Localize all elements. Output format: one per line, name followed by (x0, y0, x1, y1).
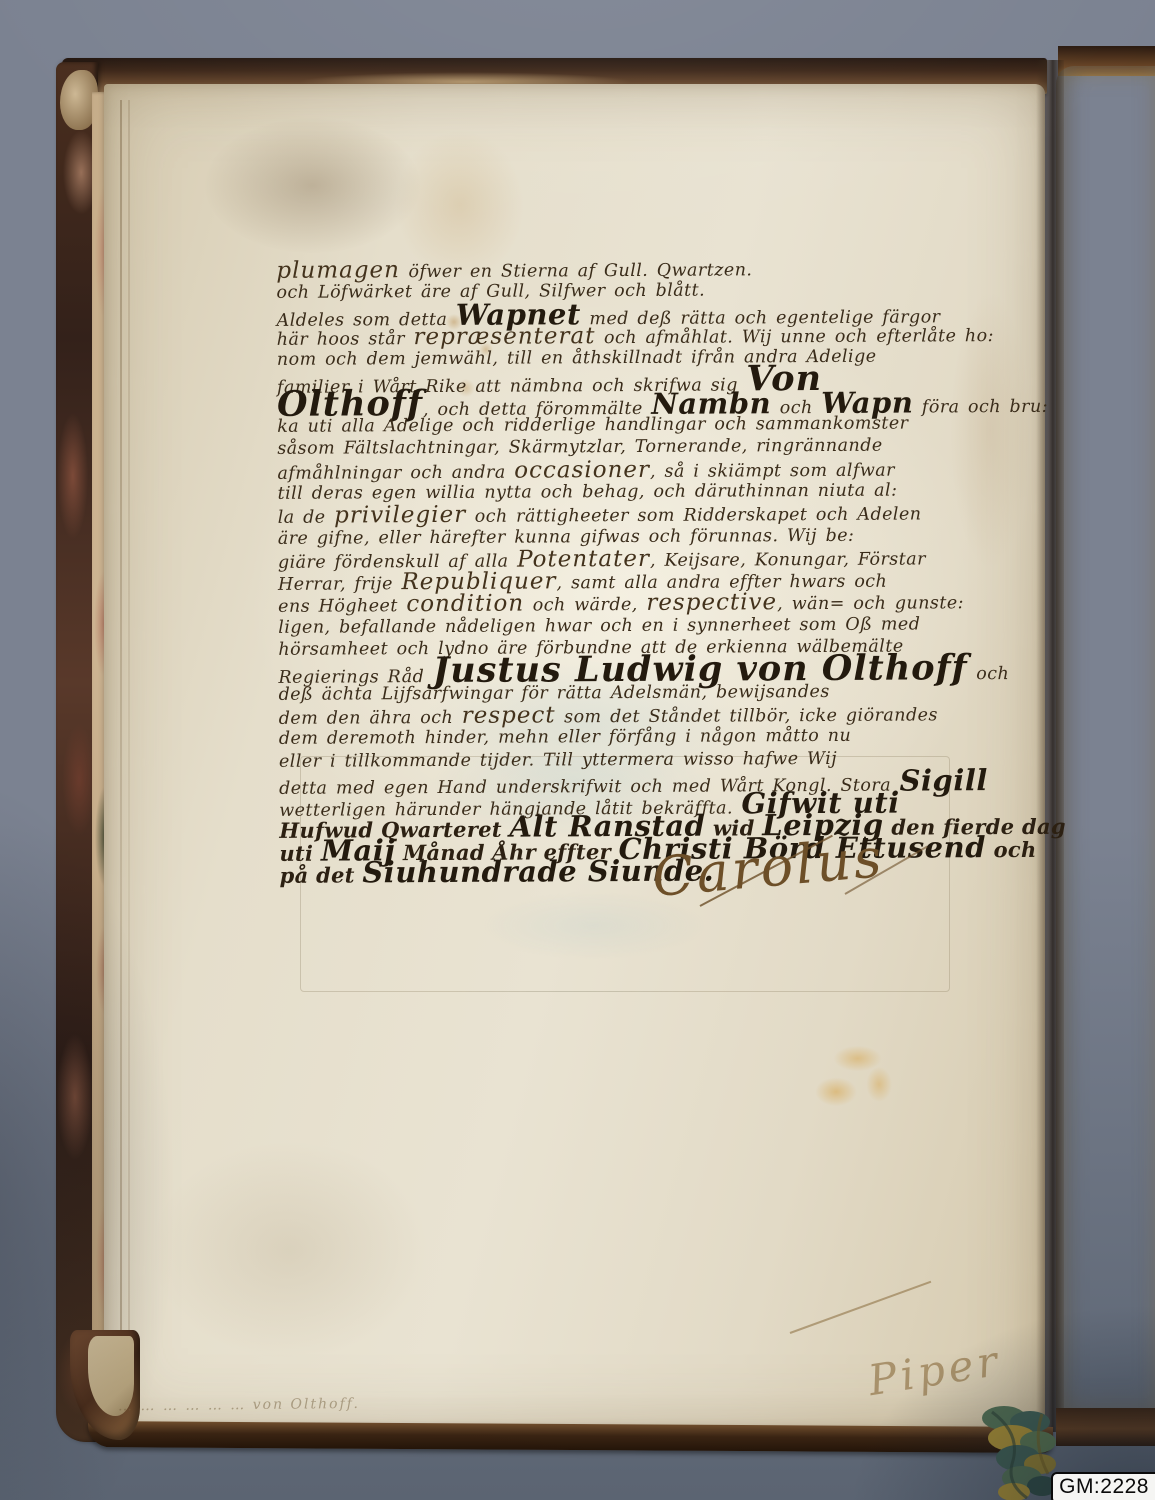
manuscript-text-segment: och wärde, (524, 595, 646, 616)
manuscript-text-segment: öfwer en Stierna af Gull. Qwartzen. (400, 260, 753, 282)
manuscript-text-segment: deß ächta Lijfsarfwingar för rätta Adels… (279, 682, 830, 705)
book-bottom-edge (88, 1421, 1053, 1453)
manuscript-text-segment: ligen, befallande nådeligen hwar och en … (278, 614, 920, 637)
manuscript-text-segment: la de (278, 508, 335, 528)
manuscript-text-block: plumagen öfwer en Stierna af Gull. Qwart… (276, 256, 979, 900)
page-crease (120, 100, 122, 1400)
next-folio-page (1056, 66, 1155, 1418)
manuscript-text-segment: , Keijsare, Konungar, Förstar (650, 549, 926, 570)
manuscript-text-segment: ens Högheet (278, 597, 406, 618)
manuscript-text-segment: dem deremoth hinder, mehn eller förfång … (279, 726, 851, 749)
manuscript-text-segment: , wän= och gunste: (777, 594, 964, 615)
manuscript-text-segment: respective (646, 590, 777, 617)
manuscript-text-segment: plumagen (276, 257, 400, 284)
manuscript-text-segment: repræsenterat (413, 323, 595, 350)
gutter-shadow (1036, 60, 1064, 1432)
manuscript-text-segment: på det (279, 862, 362, 887)
manuscript-text-segment: occasioner (514, 457, 650, 484)
manuscript-text-segment: eller i tillkommande tijder. Till ytterm… (279, 748, 837, 771)
manuscript-text-segment: till deras egen willia nytta och behag, … (278, 481, 898, 504)
manuscript-text-segment: respect (462, 702, 556, 728)
manuscript-text-segment: ka uti alla Adelige och ridderlige handl… (277, 414, 908, 437)
manuscript-text-segment: och (986, 837, 1037, 862)
manuscript-text-segment: här hoos står (277, 329, 414, 350)
manuscript-text-segment: condition (406, 591, 524, 618)
manuscript-text-segment: dem den ähra och (279, 708, 462, 729)
museum-id-label: GM:2228 (1051, 1472, 1155, 1500)
manuscript-text-segment: såsom Fältslachtningar, Skärmytzlar, Tor… (277, 436, 882, 459)
photo-backdrop: plumagen öfwer en Stierna af Gull. Qwart… (0, 0, 1155, 1500)
manuscript-text-segment: privilegier (334, 502, 466, 529)
manuscript-text-segment: äre gifne, eller härefter kunna gifwas o… (278, 525, 855, 548)
manuscript-text-segment: , så i skiämpt som alfwar (650, 460, 895, 481)
page-crease (128, 100, 130, 1400)
manuscript-text-segment: Herrar, frije (278, 574, 402, 595)
manuscript-text-segment: afmåhlningar och andra (277, 462, 514, 483)
